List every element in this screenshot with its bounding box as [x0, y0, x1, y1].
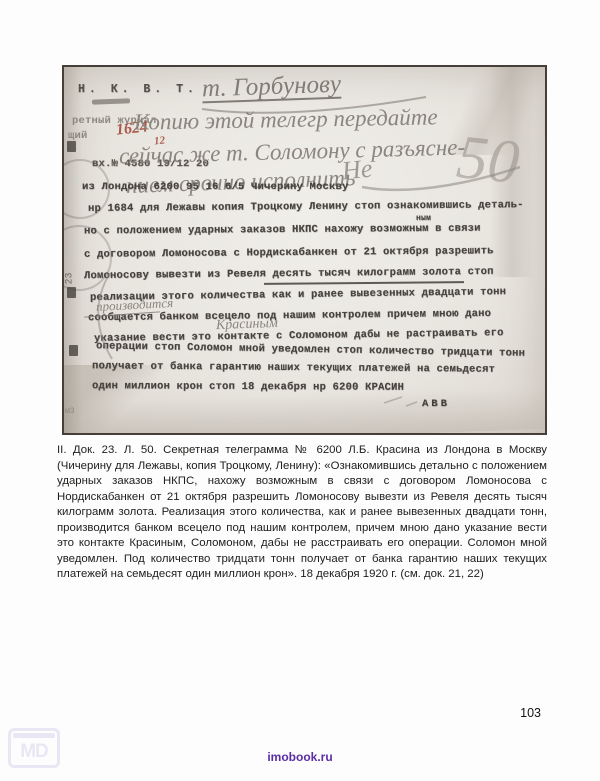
org-header: Н. К. В. Т.	[78, 83, 198, 96]
handwritten-big-number: 50	[453, 122, 522, 199]
paper-crease	[62, 365, 188, 435]
telegram-line: но с положением ударных заказов НКПС нах…	[84, 223, 481, 238]
archive-sheet-number: 23	[65, 272, 76, 284]
imobook-link[interactable]: imobook.ru	[0, 750, 600, 764]
paper-crease	[364, 65, 547, 155]
typed-correction: ным	[416, 214, 431, 223]
document-caption: II. Док. 23. Л. 50. Секретная телеграмма…	[57, 443, 547, 583]
telegram-line: из Лондона 6200 95 16 6/5 Чичерину Москв…	[82, 181, 349, 193]
ink-smudge	[92, 98, 130, 104]
telegram-line: с договором Ломоносова с Нордискабанкен …	[84, 245, 494, 261]
telegram-line: один миллион крон стоп 18 декабря нр 620…	[92, 380, 404, 394]
book-page: Н. К. В. Т. ретный журнал щий 1624 12 вх…	[0, 0, 600, 781]
telegram-line: реализации этого количества как и ранее …	[90, 286, 506, 304]
margin-mark	[67, 141, 76, 152]
incoming-stamp: вх.№ 4580 19/12 20	[92, 158, 209, 170]
operator-initials: АВВ	[422, 398, 450, 410]
archive-margin-mark: м3	[65, 407, 75, 416]
journal-stamp-line1: ретный журнал	[72, 115, 157, 127]
margin-mark	[69, 345, 78, 356]
md-watermark-logo: MD	[8, 728, 60, 768]
pencil-underline	[264, 281, 464, 285]
telegram-scan: Н. К. В. Т. ретный журнал щий 1624 12 вх…	[62, 65, 547, 435]
telegram-line: получает от банка гарантию наших текущих…	[92, 360, 495, 376]
handwritten-note-line: Копию этой телегр передайте	[134, 104, 438, 135]
telegram-line: сообщается банком всецело под нашим конт…	[88, 308, 491, 324]
margin-mark	[67, 287, 76, 298]
paper-crease	[489, 67, 535, 277]
red-registration-number-sub: 12	[153, 134, 165, 147]
telegram-line: операции стоп Соломон мной уведомлен сто…	[96, 340, 525, 359]
page-number: 103	[520, 706, 541, 720]
md-logo-letters: MD	[11, 738, 57, 765]
telegram-line: нр 1684 для Лежавы копия Троцкому Ленину…	[88, 199, 524, 215]
handwritten-addressee: т. Горбунову	[202, 71, 342, 104]
telegram-line: Ломоносову вывезти из Ревеля десять тыся…	[84, 266, 494, 282]
